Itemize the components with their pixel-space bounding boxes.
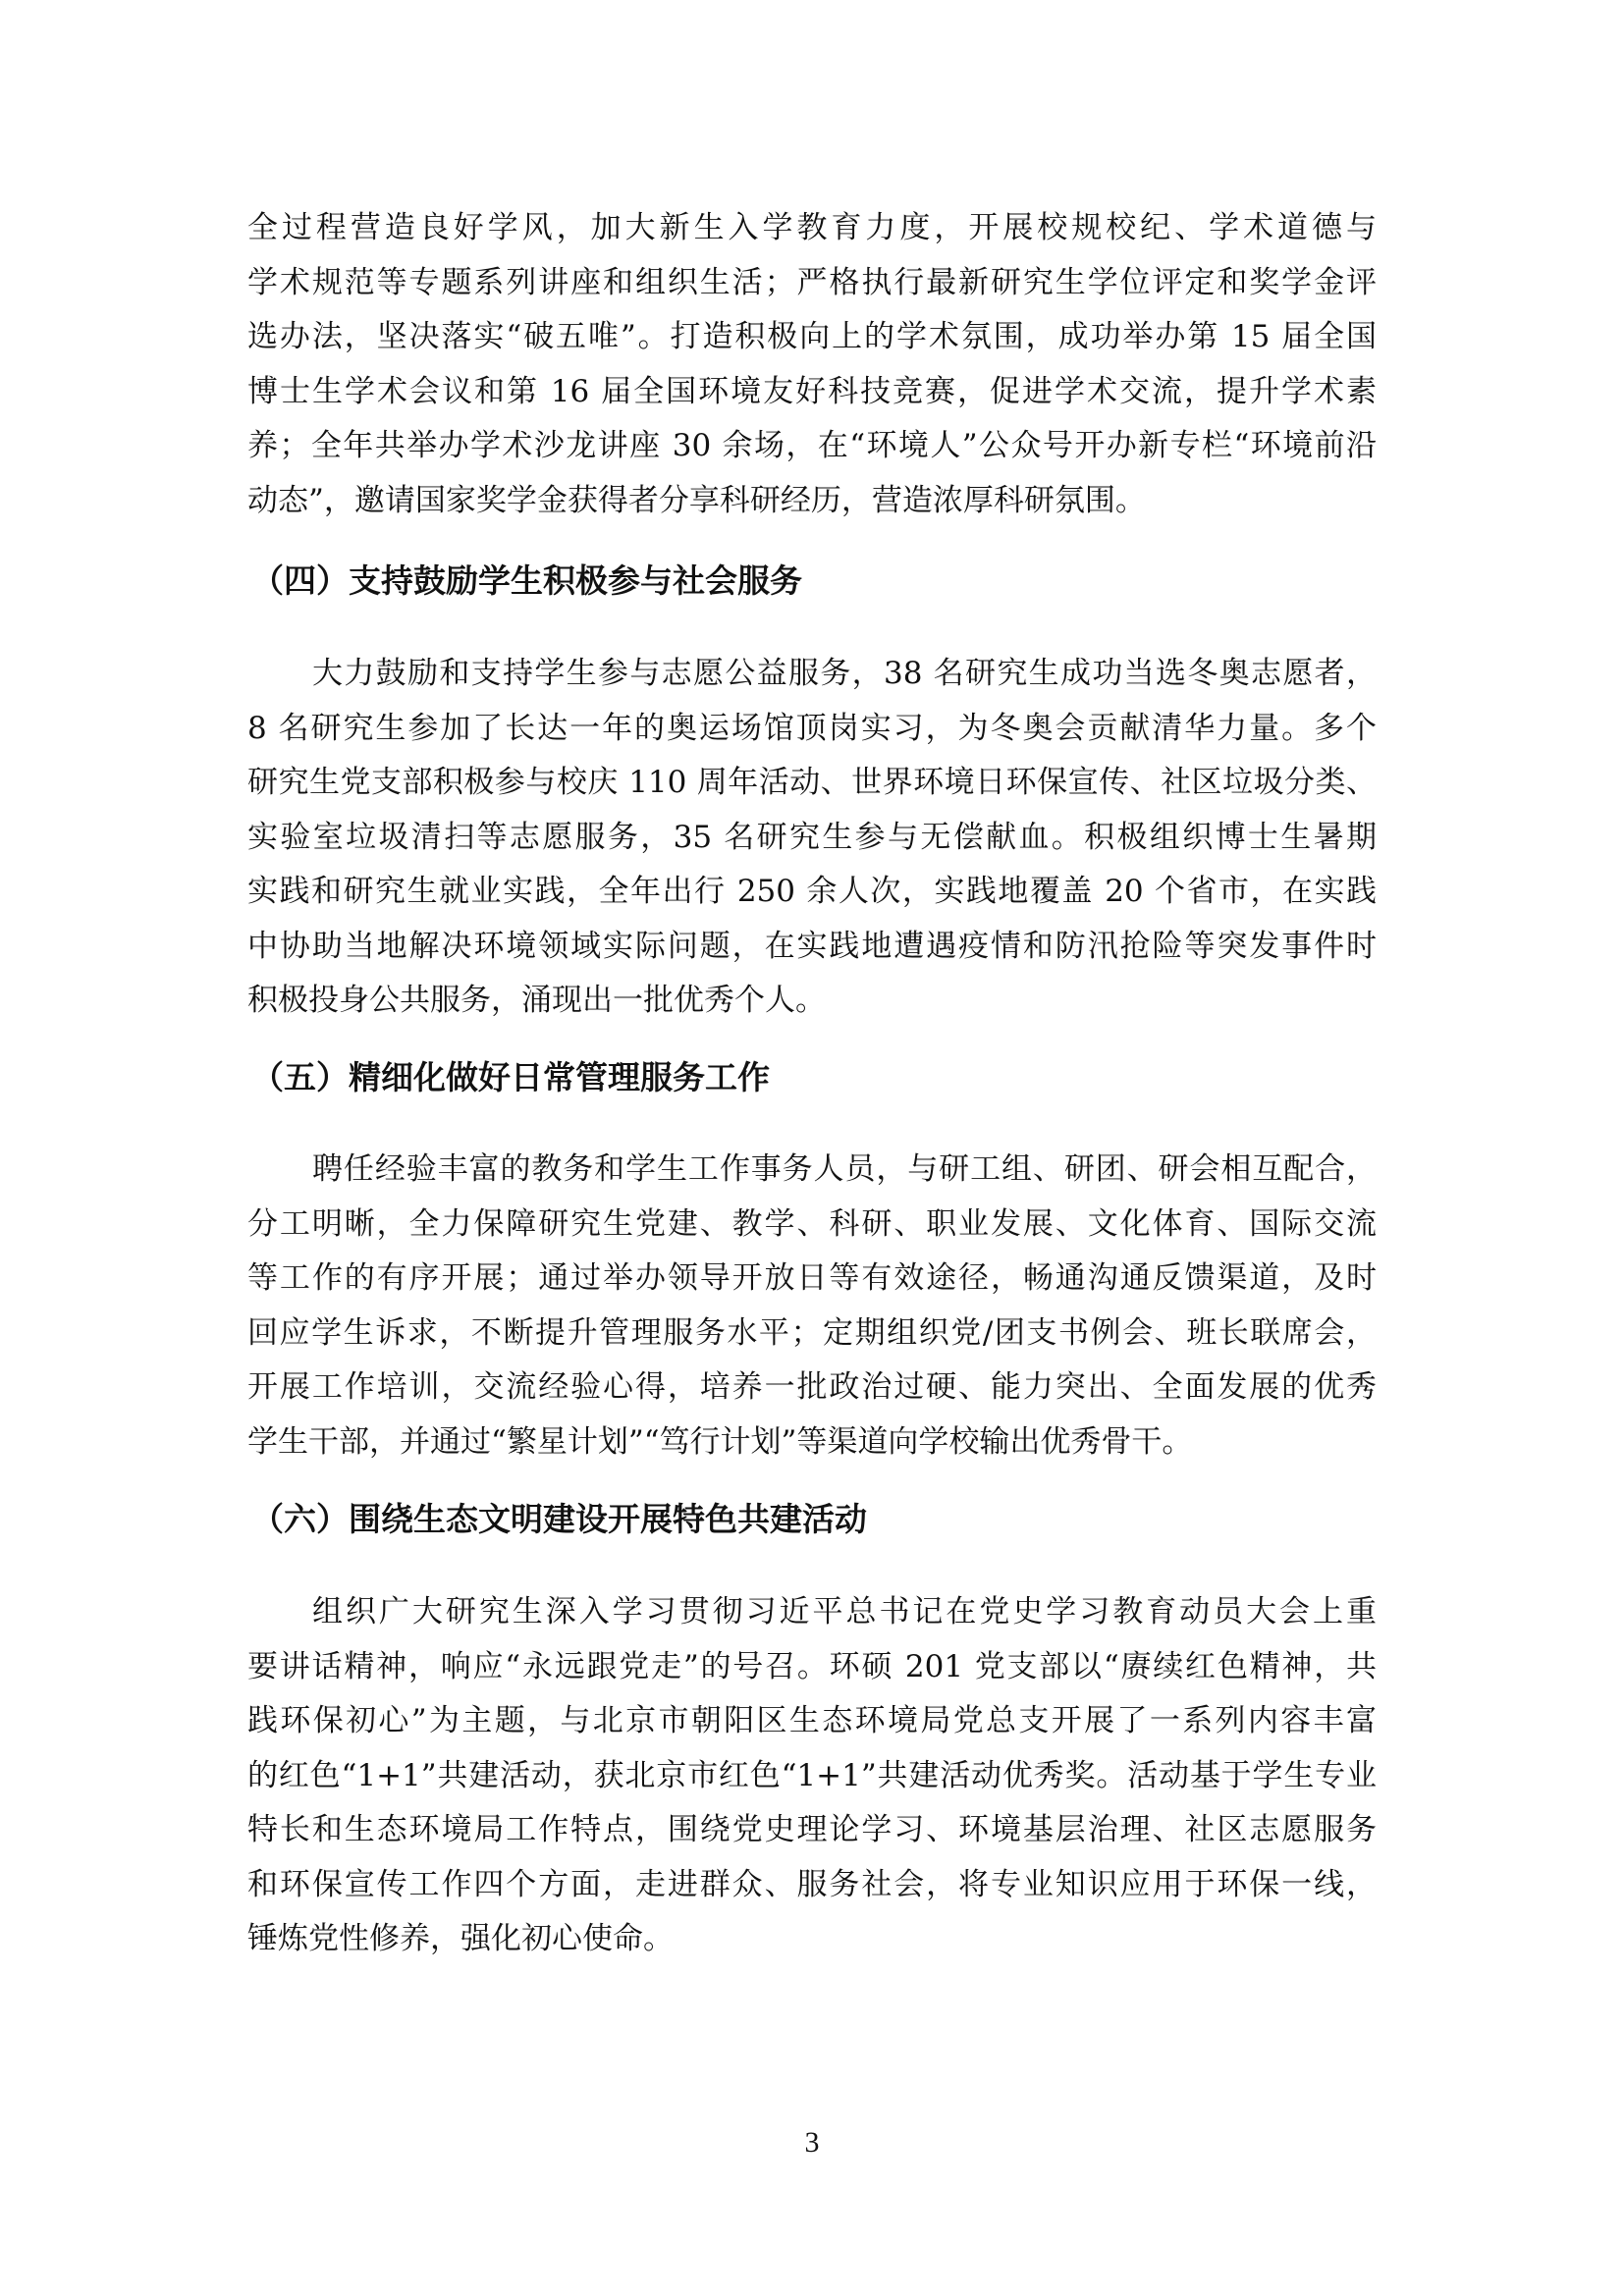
paragraph-line: 研究生党支部积极参与校庆 110 周年活动、世界环境日环保宣传、社区垃圾分类、 (247, 756, 1377, 811)
paragraph-line: 锤炼党性修养，强化初心使命。 (247, 1912, 1377, 1967)
paragraph-line: 分工明晰，全力保障研究生党建、教学、科研、职业发展、文化体育、国际交流 (247, 1198, 1377, 1253)
paragraph-line: 实践和研究生就业实践，全年出行 250 余人次，实践地覆盖 20 个省市，在实践 (247, 865, 1377, 920)
section-heading-5: （五）精细化做好日常管理服务工作 (251, 1048, 770, 1107)
paragraph-line: 回应学生诉求，不断提升管理服务水平；定期组织党/团支书例会、班长联席会， (247, 1307, 1377, 1362)
document-page: 全过程营造良好学风，加大新生入学教育力度，开展校规校纪、学术道德与 学术规范等专… (0, 0, 1624, 2296)
paragraph-line: 等工作的有序开展；通过举办领导开放日等有效途径，畅通沟通反馈渠道，及时 (247, 1252, 1377, 1307)
paragraph-line: 践环保初心”为主题，与北京市朝阳区生态环境局党总支开展了一系列内容丰富 (247, 1694, 1377, 1749)
paragraph-daily-management: 聘任经验丰富的教务和学生工作事务人员，与研工组、研团、研会相互配合， 分工明晰，… (247, 1143, 1377, 1469)
paragraph-line: 中协助当地解决环境领域实际问题，在实践地遭遇疫情和防汛抢险等突发事件时 (247, 920, 1377, 975)
paragraph-line: 学生干部，并通过“繁星计划”“笃行计划”等渠道向学校输出优秀骨干。 (247, 1415, 1377, 1470)
paragraph-social-service: 大力鼓励和支持学生参与志愿公益服务，38 名研究生成功当选冬奥志愿者， 8 名研… (247, 647, 1377, 1029)
paragraph-ecological-civilization: 组织广大研究生深入学习贯彻习近平总书记在党史学习教育动员大会上重 要讲话精神，响… (247, 1585, 1377, 1967)
section-heading-6: （六）围绕生态文明建设开展特色共建活动 (251, 1490, 867, 1549)
paragraph-line: 动态”，邀请国家奖学金获得者分享科研经历，营造浓厚科研氛围。 (247, 474, 1377, 529)
paragraph-line: 开展工作培训，交流经验心得，培养一批政治过硬、能力突出、全面发展的优秀 (247, 1361, 1377, 1415)
paragraph-line: 特长和生态环境局工作特点，围绕党史理论学习、环境基层治理、社区志愿服务 (247, 1803, 1377, 1858)
paragraph-line: 和环保宣传工作四个方面，走进群众、服务社会，将专业知识应用于环保一线， (247, 1858, 1377, 1913)
paragraph-line: 组织广大研究生深入学习贯彻习近平总书记在党史学习教育动员大会上重 (247, 1585, 1377, 1640)
paragraph-line: 博士生学术会议和第 16 届全国环境友好科技竞赛，促进学术交流，提升学术素 (247, 365, 1377, 420)
section-heading-4: （四）支持鼓励学生积极参与社会服务 (251, 552, 802, 611)
paragraph-line: 实验室垃圾清扫等志愿服务，35 名研究生参与无偿献血。积极组织博士生暑期 (247, 811, 1377, 866)
paragraph-line: 大力鼓励和支持学生参与志愿公益服务，38 名研究生成功当选冬奥志愿者， (247, 647, 1377, 702)
paragraph-line: 学术规范等专题系列讲座和组织生活；严格执行最新研究生学位评定和奖学金评 (247, 256, 1377, 311)
paragraph-line: 要讲话精神，响应“永远跟党走”的号召。环硕 201 党支部以“赓续红色精神，共 (247, 1640, 1377, 1695)
paragraph-study-style: 全过程营造良好学风，加大新生入学教育力度，开展校规校纪、学术道德与 学术规范等专… (247, 201, 1377, 528)
paragraph-line: 积极投身公共服务，涌现出一批优秀个人。 (247, 974, 1377, 1029)
paragraph-line: 全过程营造良好学风，加大新生入学教育力度，开展校规校纪、学术道德与 (247, 201, 1377, 256)
paragraph-line: 聘任经验丰富的教务和学生工作事务人员，与研工组、研团、研会相互配合， (247, 1143, 1377, 1198)
paragraph-line: 养；全年共举办学术沙龙讲座 30 余场，在“环境人”公众号开办新专栏“环境前沿 (247, 419, 1377, 474)
paragraph-line: 8 名研究生参加了长达一年的奥运场馆顶岗实习，为冬奥会贡献清华力量。多个 (247, 702, 1377, 757)
paragraph-line: 的红色“1+1”共建活动，获北京市红色“1+1”共建活动优秀奖。活动基于学生专业 (247, 1749, 1377, 1804)
page-number: 3 (0, 2125, 1624, 2161)
paragraph-line: 选办法，坚决落实“破五唯”。打造积极向上的学术氛围，成功举办第 15 届全国 (247, 310, 1377, 365)
